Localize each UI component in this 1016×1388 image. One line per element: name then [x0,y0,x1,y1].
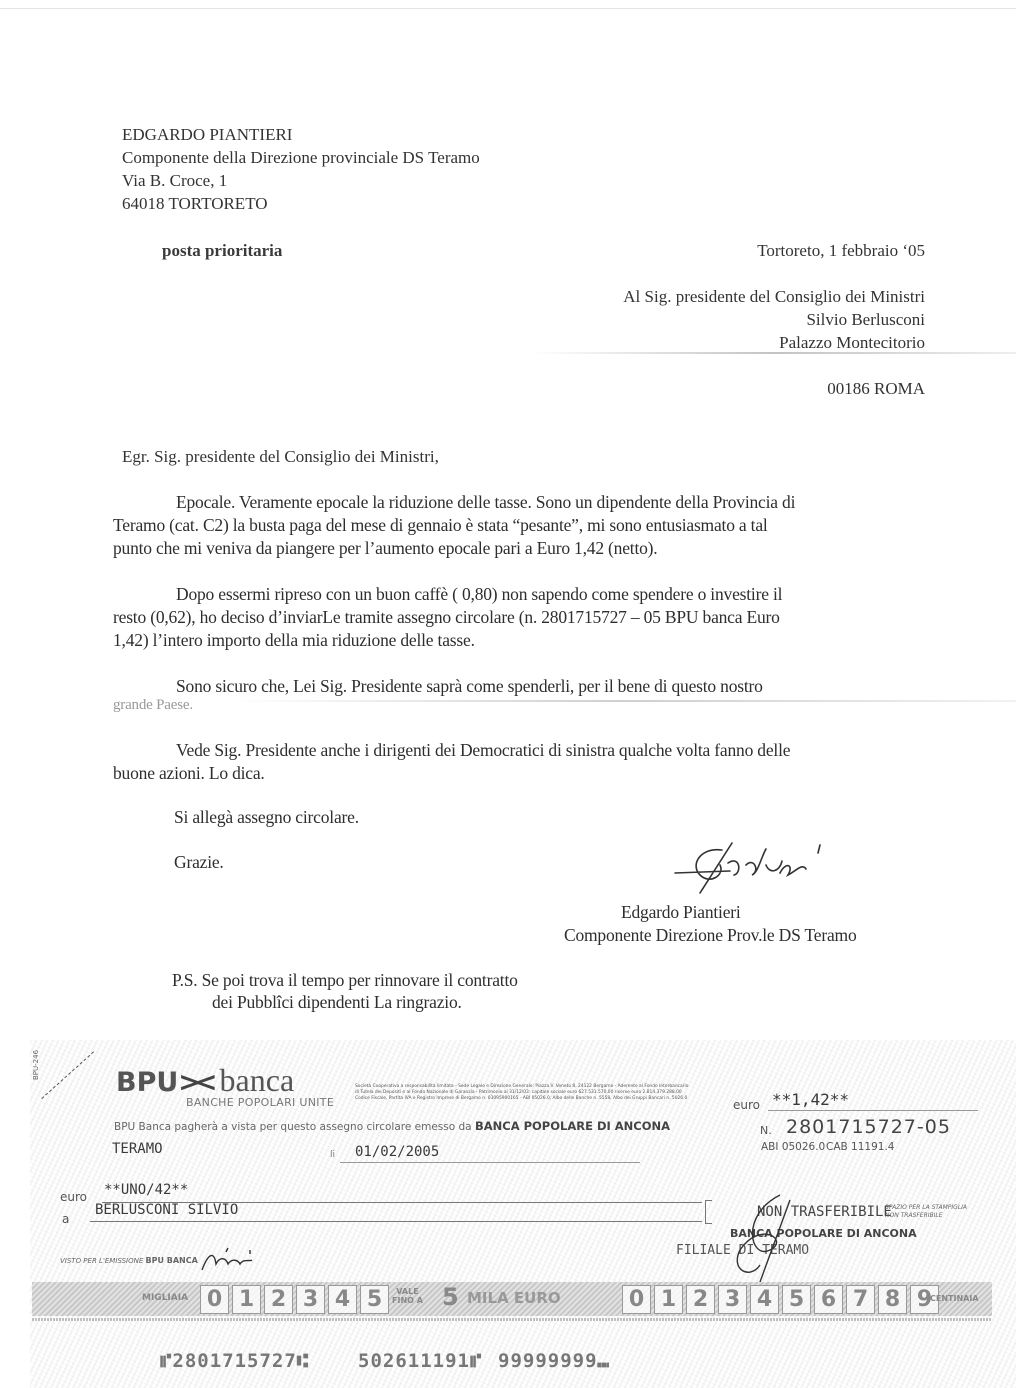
signature-role: Componente Direzione Prov.le DS Teramo [564,925,857,946]
sender-street: Via B. Croce, 1 [122,170,227,193]
cheque-side-code: BPU-246 [32,1050,40,1080]
body-paragraph-2-line-3: 1,42) l’intero importo della mia riduzio… [113,630,475,651]
abi-code: ABI 05026.0 [761,1141,825,1153]
amount-line [768,1110,978,1111]
issue-place: TERAMO [112,1141,163,1157]
legal-notice: Società Cooperativa a responsabilità lim… [355,1084,688,1102]
page-edge [0,8,1016,9]
digit-box: 7 [846,1285,875,1314]
salutation: Egr. Sig. presidente del Consiglio dei M… [122,446,439,469]
recipient-line-2: Silvio Berlusconi [806,309,925,332]
logo-banca: banca [220,1062,295,1098]
stamp-bracket [705,1200,712,1224]
body-paragraph-3-line-2: grande Paese. [113,697,193,714]
digit-box: 6 [814,1285,843,1314]
logo-subtitle: BANCHE POPOLARI UNITE [186,1096,334,1109]
body-paragraph-1-line-2: Teramo (cat. C2) la busta paga del mese … [113,515,768,536]
postscript-line-1: P.S. Se poi trova il tempo per rinnovare… [172,970,518,991]
recipient-line-4: 00186 ROMA [827,378,925,401]
hundreds-label: CENTINAIA [930,1294,979,1303]
paper-fold [230,700,1016,702]
digit-box: 1 [654,1285,683,1314]
body-paragraph-4-line-2: buone azioni. Lo dica. [113,763,265,784]
digit-box: 2 [264,1285,293,1314]
microprint-line [32,1318,992,1321]
digit-box: 3 [718,1285,747,1314]
logo-bpu: BPU [116,1067,178,1098]
payee-label: a [62,1212,69,1226]
valid-up-to-label: VALEFINO A [392,1287,423,1305]
cab-code: CAB 11191.4 [826,1141,894,1153]
body-paragraph-1-line-1: Epocale. Veramente epocale la riduzione … [176,492,795,513]
place-date: Tortoreto, 1 febbraio ‘05 [757,240,925,263]
issue-date: 01/02/2005 [355,1144,439,1160]
postscript-line-2: dei Pubblîci dipendenti La ringrazio. [212,992,462,1013]
micr-cheque-number: ⑈2801715727⑆ [160,1350,309,1372]
digit-box: 0 [200,1285,229,1314]
body-paragraph-4-line-1: Vede Sig. Presidente anche i dirigenti d… [176,740,790,761]
closing: Grazie. [174,852,224,873]
body-paragraph-2-line-1: Dopo essermi ripreso con un buon caffè (… [176,584,782,605]
date-line [340,1162,640,1163]
digit-box: 3 [296,1285,325,1314]
paper-fold [530,352,1016,354]
cheque-number-label: N. [760,1124,772,1137]
digit-box: 4 [750,1285,779,1314]
amount-words-label: euro [60,1190,87,1204]
micr-bank-code: 502611191⑈ [358,1350,482,1372]
amount-numeric: **1,42** [772,1090,849,1109]
digit-box: 5 [360,1285,389,1314]
cheque-number: 2801715727-05 [786,1116,951,1138]
visa-label: VISTO PER L'EMISSIONE BPU BANCA [60,1256,198,1265]
thousands-label: MIGLIAIA [142,1293,188,1303]
bank-cheque: BPU-246 BPU><banca BANCHE POPOLARI UNITE… [30,1040,1016,1388]
digit-box: 1 [232,1285,261,1314]
signature-name: Edgardo Piantieri [621,902,741,923]
sender-role: Componente della Direzione provinciale D… [122,147,480,170]
bank-logo: BPU><banca [116,1062,294,1099]
date-label: li [330,1150,335,1160]
recipient-line-3: Palazzo Montecitorio [779,332,925,355]
branch-signature [720,1190,810,1285]
digit-box: 4 [328,1285,357,1314]
sender-name: EDGARDO PIANTIERI [122,124,292,147]
sender-city: 64018 TORTORETO [122,193,268,216]
euro-label: euro [733,1098,760,1112]
attachment-note: Si allegà assegno circolare. [174,807,359,828]
hundreds-digit-boxes: 0123456789 [622,1285,942,1314]
digit-box: 5 [782,1285,811,1314]
digit-box: 8 [878,1285,907,1314]
pay-order-text: BPU Banca pagherà a vista per questo ass… [114,1119,670,1133]
limit-unit: MILA EURO [467,1289,561,1307]
limit-amount: 5 [442,1283,459,1311]
micr-account: 99999999⑉ [498,1350,610,1372]
body-paragraph-1-line-3: punto che mi veniva da piangere per l’au… [113,538,657,559]
digit-box: 2 [686,1285,715,1314]
handwritten-signature [670,835,860,895]
logo-arrows-icon: >< [178,1067,211,1098]
body-paragraph-3-line-1: Sono sicuro che, Lei Sig. Presidente sap… [176,676,763,697]
stamp-note: SPAZIO PER LA STAMPIGLIA NON TRASFERIBIL… [885,1204,967,1220]
payee-line [90,1221,702,1222]
thousands-digit-boxes: 012345 [200,1285,392,1314]
body-paragraph-2-line-2: resto (0,62), ho deciso d’inviarLe trami… [113,607,780,628]
digit-box: 0 [622,1285,651,1314]
mail-type: posta prioritaria [162,240,282,263]
visa-signature [198,1244,258,1274]
amount-in-words: **UNO/42** [104,1182,188,1198]
recipient-line-1: Al Sig. presidente del Consiglio dei Min… [623,286,925,309]
payee-name: BERLUSCONI SILVIO [95,1202,238,1218]
issuing-bank: BANCA POPOLARE DI ANCONA [475,1119,670,1133]
